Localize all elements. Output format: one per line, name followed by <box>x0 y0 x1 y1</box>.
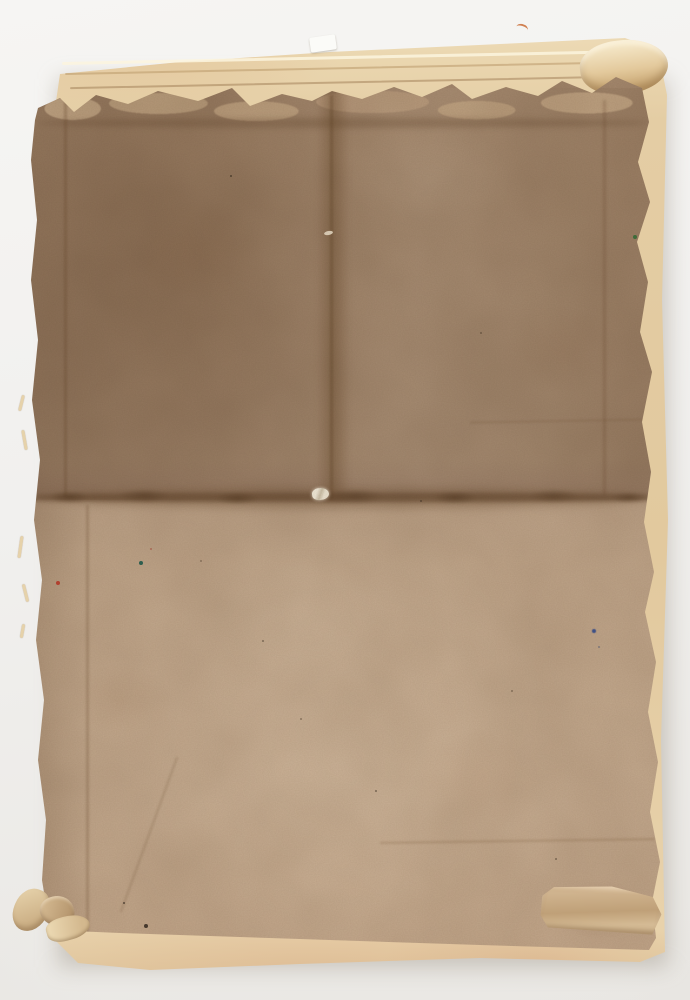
edge-fray <box>20 624 25 638</box>
center-fold-line <box>32 493 654 502</box>
horizontal-crease-upper-right <box>470 418 650 423</box>
stain-blotches <box>0 0 690 1000</box>
center-fold-blotches <box>32 484 654 510</box>
crease-nick <box>324 230 334 236</box>
horizontal-crease-lower-right <box>380 838 655 844</box>
lower-left-shading <box>30 500 100 936</box>
vertical-crease-right <box>603 100 606 495</box>
center-fold-soft <box>32 487 654 509</box>
manuscript-stack <box>0 0 690 1000</box>
vertical-crease-left <box>64 95 67 497</box>
edge-fray <box>18 395 25 411</box>
photograph <box>0 0 690 1000</box>
fiber-specks <box>0 0 2 2</box>
edge-fray <box>21 430 27 450</box>
torn-edge-seam <box>36 118 648 128</box>
paper-grain-texture <box>0 0 690 1000</box>
vertical-crease-lower <box>86 505 89 935</box>
upper-half-tint <box>30 88 655 500</box>
vertical-crease-upper <box>316 88 350 502</box>
tear-spot <box>311 487 329 501</box>
paper-sliver <box>309 34 337 52</box>
vertical-crease-core <box>330 95 333 500</box>
paper-cover <box>0 0 690 1000</box>
corner-seam-bottom-left <box>120 757 178 913</box>
edge-fray <box>22 584 29 602</box>
edge-fray <box>17 536 23 558</box>
